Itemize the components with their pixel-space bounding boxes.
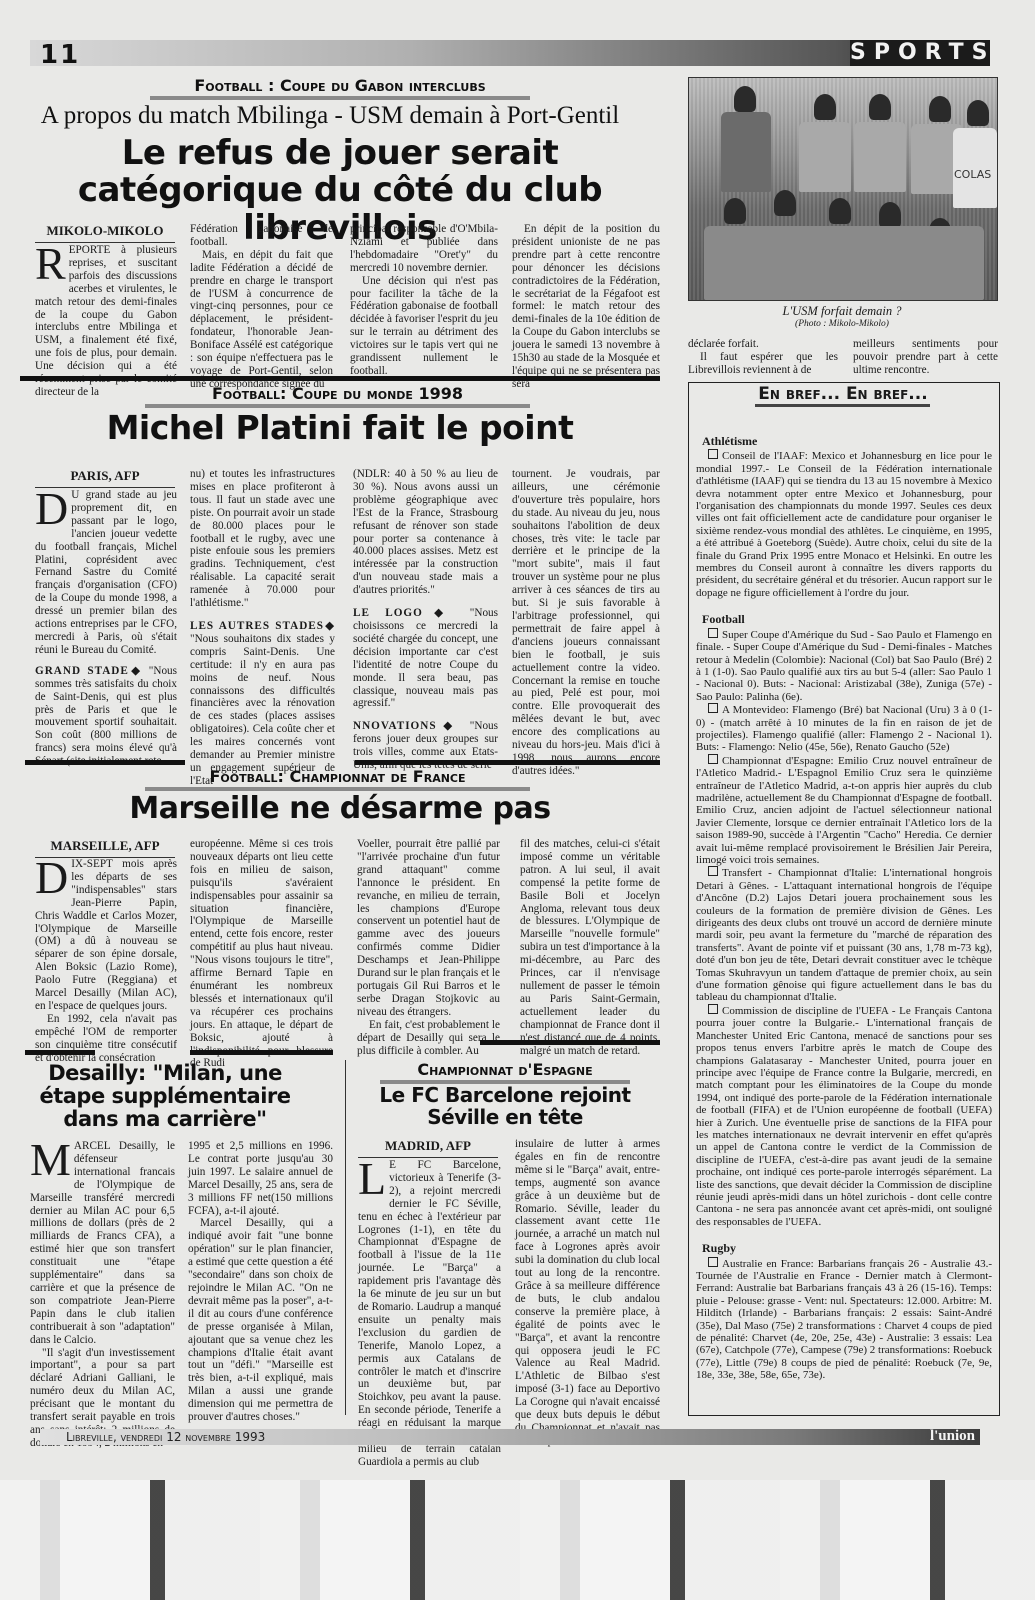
article4-col1: MARCEL Desailly, le défenseur internatio… bbox=[30, 1140, 175, 1450]
article5-col2: insulaire de lutter à armes égales en fi… bbox=[515, 1138, 660, 1448]
article1-col2: Fédération gabonaise de football. Mais, … bbox=[190, 223, 333, 391]
article1-col4: En dépit de la position du président uni… bbox=[512, 223, 660, 391]
article1-col3: principal responsable d'O'Mbila-Nziami e… bbox=[350, 223, 498, 378]
page-number: 11 bbox=[40, 40, 80, 70]
article3-col2: européenne. Même si ces trois nouveaux d… bbox=[190, 838, 333, 1070]
dropcap: R bbox=[35, 245, 66, 283]
divider bbox=[25, 1050, 95, 1055]
team-photo: COLAS bbox=[688, 77, 998, 301]
article5-headline: Le FC Barcelone rejoint Séville en tête bbox=[360, 1084, 650, 1128]
brief-category-rugby: Rugby bbox=[702, 1242, 992, 1254]
brief-item: Transfert - Championnat d'Italie: L'inte… bbox=[696, 866, 992, 1003]
briefs-title: En bref... En bref... bbox=[688, 384, 998, 404]
divider bbox=[355, 760, 660, 765]
article2-kicker: Football: Coupe du monde 1998 bbox=[145, 384, 530, 403]
divider bbox=[190, 1050, 333, 1055]
divider bbox=[480, 1040, 660, 1045]
article4-headline: Desailly: "Milan, une étape supplémentai… bbox=[30, 1062, 300, 1131]
briefs-title-rule bbox=[755, 404, 930, 407]
footer-dateline: Libreville, vendredi 12 novembre 1993 bbox=[66, 1430, 265, 1444]
article2-col1: DU grand stade au jeu proprement dit, en… bbox=[35, 489, 177, 768]
scan-artifact bbox=[0, 1480, 1035, 1600]
article1-deck: A propos du match Mbilinga - USM demain … bbox=[20, 102, 640, 130]
article5-col1: LE FC Barcelone, victorieux à Tenerife (… bbox=[358, 1159, 501, 1469]
checkbox-bullet-icon bbox=[708, 1257, 718, 1267]
divider bbox=[20, 376, 660, 381]
article5-kicker: Championnat d'Espagne bbox=[380, 1060, 630, 1079]
article4-col2: 1995 et 2,5 millions en 1996. Le contrat… bbox=[188, 1140, 333, 1424]
checkbox-bullet-icon bbox=[708, 628, 718, 638]
brief-item: Conseil de l'IAAF: Mexico et Johannesbur… bbox=[696, 449, 992, 599]
newspaper-page: 11 SPORTS Football : Coupe du Gabon inte… bbox=[0, 0, 1035, 1600]
article3-col1: DIX-SEPT mois après les départs de ses "… bbox=[35, 858, 177, 1065]
brief-category-athletisme: Athlétisme bbox=[702, 435, 992, 447]
checkbox-bullet-icon bbox=[708, 1004, 718, 1014]
article2-col3: (NDLR: 40 à 50 % au lieu de 30 %). Nous … bbox=[353, 468, 498, 772]
brief-item: Championnat d'Espagne: Emilio Cruz nouve… bbox=[696, 754, 992, 867]
article1-kicker: Football : Coupe du Gabon interclubs bbox=[150, 76, 530, 95]
checkbox-bullet-icon bbox=[708, 703, 718, 713]
checkbox-bullet-icon bbox=[708, 449, 718, 459]
photo-credit: (Photo : Mikolo-Mikolo) bbox=[688, 319, 996, 329]
photo-caption: L'USM forfait demain ? bbox=[688, 304, 996, 319]
article3-col4: fil des matches, celui-ci s'était imposé… bbox=[520, 838, 660, 1057]
checkbox-bullet-icon bbox=[708, 754, 718, 764]
brief-category-football: Football bbox=[702, 613, 992, 625]
article3-kicker: Football: Championnat de France bbox=[145, 767, 530, 786]
article2-headline: Michel Platini fait le point bbox=[20, 410, 660, 446]
article1-col5: déclarée forfait. Il faut espérer que le… bbox=[688, 338, 838, 377]
section-label: SPORTS bbox=[850, 40, 990, 66]
briefs-content: Athlétisme Conseil de l'IAAF: Mexico et … bbox=[696, 425, 992, 1382]
brief-item: Commission de discipline de l'UEFA - Le … bbox=[696, 1004, 992, 1228]
brief-item: Super Coupe d'Amérique du Sud - Sao Paul… bbox=[696, 628, 992, 703]
footer-brand: l'union bbox=[930, 1428, 975, 1445]
checkbox-bullet-icon bbox=[708, 866, 718, 876]
column-divider bbox=[345, 1060, 346, 1415]
header-bar bbox=[30, 40, 980, 66]
article1-col6: meilleurs sentiments pour pouvoir prendr… bbox=[853, 338, 998, 377]
article2-col4: tournent. Je voudrais, par ailleurs, une… bbox=[512, 468, 660, 778]
shirt-text: COLAS bbox=[954, 168, 991, 181]
article2-col2: nu) et toutes les infrastructures mises … bbox=[190, 468, 335, 788]
article1-kicker-rule bbox=[150, 96, 530, 100]
brief-item: Australie en France: Barbarians français… bbox=[696, 1257, 992, 1382]
article3-headline: Marseille ne désarme pas bbox=[20, 792, 660, 825]
divider bbox=[25, 760, 185, 765]
brief-item: A Montevideo: Flamengo (Bré) bat Naciona… bbox=[696, 703, 992, 754]
article3-col3: Voeller, pourrait être pallié par "l'arr… bbox=[357, 838, 500, 1057]
